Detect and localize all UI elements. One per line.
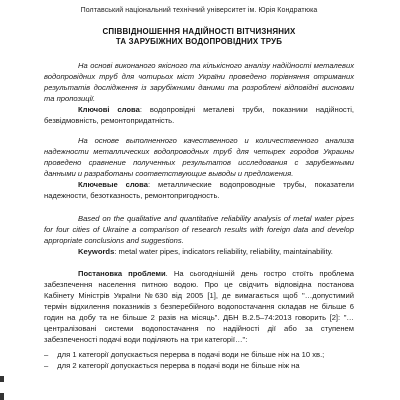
- problem-statement-paragraph: Постановка проблеми. На сьогоднішній ден…: [44, 268, 354, 345]
- keywords-ukrainian-label: Ключові слова: [78, 105, 140, 114]
- problem-statement-label: Постановка проблеми: [78, 269, 166, 278]
- scan-artifact: [0, 393, 4, 400]
- abstract-ukrainian: На основі виконаного якісного та кількіс…: [44, 60, 354, 104]
- keywords-english: Keywords: metal water pipes, indicators …: [44, 246, 354, 257]
- keywords-ukrainian: Ключові слова: водопровідні металеві тру…: [44, 104, 354, 126]
- list-item-text: для 1 категорії допускається перерва в п…: [57, 350, 324, 359]
- paper-title-line1: СПІВВІДНОШЕННЯ НАДІЙНОСТІ ВІТЧИЗНЯНИХ: [44, 27, 354, 37]
- paper-title: СПІВВІДНОШЕННЯ НАДІЙНОСТІ ВІТЧИЗНЯНИХ ТА…: [44, 27, 354, 47]
- paper-title-line2: ТА ЗАРУБІЖНИХ ВОДОПРОВІДНИХ ТРУБ: [44, 37, 354, 47]
- scan-artifact: [0, 376, 4, 382]
- category-list-item-2: –для 2 категорії допускається перерва в …: [44, 360, 354, 371]
- list-dash: –: [44, 361, 48, 370]
- institution-name: Полтавський національний технічний уніве…: [44, 6, 354, 15]
- keywords-english-text: : metal water pipes, indicators reliabil…: [114, 247, 333, 256]
- document-page: Полтавський національний технічний уніве…: [0, 0, 400, 400]
- list-dash: –: [44, 350, 48, 359]
- keywords-russian: Ключевые слова: металлические водопровод…: [44, 179, 354, 201]
- list-item-text: для 2 категорії допускається перерва в п…: [57, 361, 299, 370]
- keywords-english-label: Keywords: [78, 247, 114, 256]
- category-list-item-1: –для 1 категорії допускається перерва в …: [44, 349, 354, 360]
- keywords-russian-label: Ключевые слова: [78, 180, 148, 189]
- abstract-russian: На основе выполненного качественного и к…: [44, 135, 354, 179]
- abstract-english: Based on the qualitative and quantitativ…: [44, 213, 354, 246]
- problem-statement-text: . На сьогоднішній день гостро стоїть про…: [44, 269, 354, 344]
